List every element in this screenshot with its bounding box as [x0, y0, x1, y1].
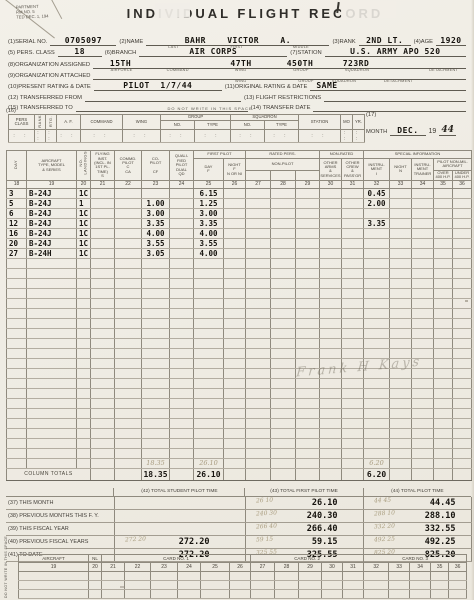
aircraft-col-header: AIRCRAFT TYPE, MODEL & SERIES	[27, 151, 77, 181]
cell-c36	[453, 308, 472, 318]
empty-flight-row	[7, 408, 472, 418]
cell-c24	[170, 308, 194, 318]
cell-c28	[271, 318, 296, 328]
cell-c33	[390, 378, 412, 388]
cell-c25	[194, 338, 224, 348]
af-col: A. F.	[57, 115, 81, 130]
cell-c27	[246, 318, 271, 328]
cell-landings	[77, 458, 91, 468]
cell-c32: 2.00	[364, 198, 390, 208]
card-cell	[389, 572, 410, 581]
card-col-number-21: 21	[102, 563, 125, 572]
cell-c22	[115, 348, 142, 358]
pilot-nonmil-header: PILOT NON-MIL. AIRCRAFT	[434, 159, 472, 171]
cell-c35	[434, 428, 453, 438]
total-c26	[224, 468, 246, 480]
cell-c30	[320, 298, 342, 308]
cell-c36	[453, 378, 472, 388]
cell-landings	[77, 298, 91, 308]
cell-c28	[271, 238, 296, 248]
cell-day: 5	[7, 198, 27, 208]
cell-c34	[412, 458, 434, 468]
cell-c30	[320, 208, 342, 218]
cell-c33	[390, 208, 412, 218]
cell-c35	[434, 368, 453, 378]
card-cell	[299, 590, 322, 599]
col-number-32: 32	[364, 180, 390, 188]
cell-aircraft: B-24J	[27, 208, 77, 218]
cell-aircraft	[27, 258, 77, 268]
cell-c33	[390, 308, 412, 318]
cell-c28	[271, 198, 296, 208]
cell-landings	[77, 348, 91, 358]
pers-class-value: 18	[74, 47, 85, 56]
card-col-number-32: 32	[364, 563, 389, 572]
age-value-line: 1920	[436, 36, 466, 46]
cell-c29	[296, 248, 320, 258]
cell-c35	[434, 248, 453, 258]
card-cell	[251, 590, 275, 599]
card-cell	[343, 572, 364, 581]
cell-c36	[453, 398, 472, 408]
col-number-21: 21	[91, 180, 115, 188]
cell-c26	[224, 248, 246, 258]
cell-c23	[142, 258, 170, 268]
scan-speck	[120, 586, 124, 588]
cell-c26	[224, 418, 246, 428]
cell-c30	[320, 308, 342, 318]
command-pilot-col-header: COMMD. PILOT C CA	[115, 151, 142, 181]
card-cell	[389, 590, 410, 599]
summary-first-cell: 266 40266.40	[245, 523, 363, 536]
cell-c32	[364, 438, 390, 448]
cell-c22	[115, 188, 142, 198]
cell-c28	[271, 358, 296, 368]
cell-c27	[246, 358, 271, 368]
cell-c24	[170, 188, 194, 198]
cell-c32	[364, 418, 390, 428]
cell-c35	[434, 328, 453, 338]
cell-c25: 4.00	[194, 228, 224, 238]
cell-aircraft: B-24J	[27, 198, 77, 208]
cell-c26	[224, 228, 246, 238]
cell-c31	[342, 348, 364, 358]
summary-first-cell: 26 1026.10	[245, 497, 363, 510]
cell-c31	[342, 298, 364, 308]
empty-flight-row	[7, 308, 472, 318]
cell-c36	[453, 388, 472, 398]
cell-c24	[170, 338, 194, 348]
total-c35	[434, 468, 453, 480]
cell-c36	[453, 368, 472, 378]
cell-c35	[434, 338, 453, 348]
cell-day: 20	[7, 238, 27, 248]
cell-c21	[91, 328, 115, 338]
cell-c29	[296, 338, 320, 348]
cell-c21	[91, 388, 115, 398]
org-airforce-line: 15THAIRFORCE	[93, 59, 148, 69]
cell-c36	[453, 188, 472, 198]
cell-aircraft: B-24J	[27, 228, 77, 238]
pencil-note: 44 45	[373, 497, 391, 505]
cell-day: 6	[7, 208, 27, 218]
pencil-note: 240 30	[255, 509, 276, 517]
cell-c25: 4.00	[194, 248, 224, 258]
cell-c22	[115, 328, 142, 338]
monthly-status-table: PERS CLASS RANK RTG. A. F. COMMAND WING …	[8, 114, 365, 143]
card-cell	[275, 581, 299, 590]
cell-c22	[115, 338, 142, 348]
cell-c36	[453, 208, 472, 218]
cell-c34	[412, 298, 434, 308]
card-col-number-22: 22	[125, 563, 151, 572]
cell-c23	[142, 328, 170, 338]
cell-c25	[194, 418, 224, 428]
cell-c24	[170, 368, 194, 378]
card-col-number-36: 36	[449, 563, 467, 572]
cell-c31	[342, 278, 364, 288]
cell-c32	[364, 248, 390, 258]
card-column-number-row: 192021222324252627282930313233343536	[19, 563, 467, 572]
cell-c29	[296, 208, 320, 218]
col-number-20: 20	[77, 180, 91, 188]
cell-c24	[170, 328, 194, 338]
cell-day	[7, 278, 27, 288]
cell-c32	[364, 388, 390, 398]
cell-c35	[434, 348, 453, 358]
cell-c23	[142, 398, 170, 408]
tick-mark: : :	[161, 130, 195, 143]
squadron-type-col: TYPE	[265, 121, 299, 130]
total-c32: 6.20	[364, 468, 390, 480]
cell-c34	[412, 428, 434, 438]
cell-c27	[246, 338, 271, 348]
landings-col-header: NO. LANDINGS	[77, 151, 91, 181]
cell-c28	[271, 208, 296, 218]
cell-c28	[271, 388, 296, 398]
instrument-trainer-col-header: INSTRU- MENT TRAINER	[412, 159, 434, 181]
cell-c23	[142, 428, 170, 438]
card-cell	[178, 581, 201, 590]
year-printed: 19	[429, 129, 437, 136]
cell-c25	[194, 398, 224, 408]
cell-c22	[115, 448, 142, 458]
cell-c25	[194, 268, 224, 278]
special-info-group-header: SPECIAL INFORMATION	[364, 151, 472, 159]
cell-c31	[342, 388, 364, 398]
cell-c34	[412, 408, 434, 418]
cell-c29	[296, 428, 320, 438]
cell-c32	[364, 308, 390, 318]
cell-c31	[342, 458, 364, 468]
card-cell	[151, 590, 178, 599]
cell-c30	[320, 258, 342, 268]
cell-c21	[91, 448, 115, 458]
card-cell	[275, 572, 299, 581]
card-cell	[322, 572, 343, 581]
cell-aircraft: B-24J	[27, 238, 77, 248]
rank-label: (3)RANK	[332, 39, 355, 46]
group-no-col: NO.	[161, 121, 195, 130]
cell-c28	[271, 438, 296, 448]
cell-c26	[224, 378, 246, 388]
cell-c32	[364, 338, 390, 348]
card-col-number-24: 24	[178, 563, 201, 572]
month-value: DEC.	[390, 126, 425, 136]
cell-aircraft: B-24H	[27, 248, 77, 258]
cell-c25	[194, 428, 224, 438]
cell-c25	[194, 328, 224, 338]
tick-mark: : :	[123, 130, 161, 143]
pers-class-label: (5) PERS. CLASS	[8, 50, 55, 57]
cell-c29	[296, 188, 320, 198]
cell-c26	[224, 288, 246, 298]
present-rating-line: PILOT 1/7/44	[94, 81, 222, 91]
cell-c36	[453, 358, 472, 368]
cell-c22	[115, 258, 142, 268]
cell-c35	[434, 408, 453, 418]
cell-c35	[434, 188, 453, 198]
summary-table: (37) THIS MONTH26 1026.1044 4544.45(38) …	[6, 497, 472, 562]
summary-student-cell	[114, 497, 245, 510]
cell-c30	[320, 218, 342, 228]
cell-c21	[91, 348, 115, 358]
cell-c24	[170, 248, 194, 258]
org-group-value: 450TH	[287, 59, 314, 68]
card-cell	[19, 590, 89, 599]
cell-c30	[320, 268, 342, 278]
cell-c21	[91, 378, 115, 388]
cell-c36	[453, 318, 472, 328]
cell-c27	[246, 208, 271, 218]
cell-c29	[296, 328, 320, 338]
cell-c25: 3.00	[194, 208, 224, 218]
cell-c22	[115, 228, 142, 238]
cell-c32: 0.45	[364, 188, 390, 198]
cell-c30	[320, 248, 342, 258]
cell-day: 16	[7, 228, 27, 238]
cell-c27	[246, 298, 271, 308]
cell-c23	[142, 288, 170, 298]
fp-day-col-header: DAY F	[194, 159, 224, 181]
cell-c23	[142, 318, 170, 328]
cell-day	[7, 298, 27, 308]
cell-c34	[412, 248, 434, 258]
card-col-number-27: 27	[251, 563, 275, 572]
do-not-write-vertical-note: DO NOT WRITE IN THIS SPACE	[4, 536, 8, 598]
present-rating-value: PILOT 1/7/44	[123, 81, 192, 90]
col-number-35: 35	[434, 180, 453, 188]
cell-c35	[434, 238, 453, 248]
cell-c33	[390, 318, 412, 328]
card-table: AIRCRAFT NL CARD NO. 1 CARD NO. 2 CARD N…	[18, 554, 467, 599]
cell-c22	[115, 408, 142, 418]
total-c36	[453, 468, 472, 480]
flight-row: 6B-24J1C3.003.00	[7, 208, 472, 218]
cell-c24	[170, 458, 194, 468]
cell-c33	[390, 228, 412, 238]
cell-day	[7, 258, 27, 268]
cell-c26	[224, 238, 246, 248]
cell-c21	[91, 228, 115, 238]
cell-aircraft	[27, 318, 77, 328]
cell-day	[7, 378, 27, 388]
cell-c26	[224, 408, 246, 418]
cell-day	[7, 408, 27, 418]
cell-c22	[115, 238, 142, 248]
cell-c35	[434, 268, 453, 278]
cell-c25	[194, 388, 224, 398]
cell-c31	[342, 308, 364, 318]
cell-c32	[364, 448, 390, 458]
cell-aircraft	[27, 278, 77, 288]
cell-c31	[342, 438, 364, 448]
card-col-number-20: 20	[89, 563, 102, 572]
flight-row: 3B-24J1C6.150.45	[7, 188, 472, 198]
cell-c33	[390, 328, 412, 338]
cell-c33	[390, 248, 412, 258]
cell-day	[7, 368, 27, 378]
cell-c29	[296, 308, 320, 318]
cell-c24	[170, 448, 194, 458]
cell-c35	[434, 318, 453, 328]
cell-c21	[91, 438, 115, 448]
cell-c25: 26.10	[194, 458, 224, 468]
col-number-33: 33	[390, 180, 412, 188]
cell-c30	[320, 338, 342, 348]
org-attached-line: WING GROUP SQUADRON DETACHMENT	[93, 70, 466, 80]
card-cell	[19, 581, 89, 590]
cell-c27	[246, 348, 271, 358]
cell-c30	[320, 188, 342, 198]
summary-row: (39) THIS FISCAL YEAR266 40266.40332 203…	[6, 523, 471, 536]
cell-c34	[412, 208, 434, 218]
card-nl-header: NL	[89, 555, 102, 563]
cell-c31	[342, 258, 364, 268]
org-group-line: 450THGROUP	[272, 59, 328, 69]
cell-c36	[453, 408, 472, 418]
cell-c30	[320, 348, 342, 358]
cell-c36	[453, 238, 472, 248]
cell-c31	[342, 248, 364, 258]
cell-c34	[412, 438, 434, 448]
cell-c26	[224, 268, 246, 278]
cell-c36	[453, 198, 472, 208]
cell-c35	[434, 308, 453, 318]
cell-c36	[453, 228, 472, 238]
cell-c26	[224, 308, 246, 318]
cell-day: 12	[7, 218, 27, 228]
cell-landings	[77, 418, 91, 428]
cell-c30	[320, 278, 342, 288]
cell-c36	[453, 348, 472, 358]
cell-c35	[434, 358, 453, 368]
cell-landings	[77, 448, 91, 458]
cell-c28	[271, 448, 296, 458]
cell-c21	[91, 408, 115, 418]
flight-row: 5B-24J11.001.252.00	[7, 198, 472, 208]
total-c30	[320, 468, 342, 480]
tick-mark: : :	[299, 130, 341, 143]
empty-flight-row	[7, 258, 472, 268]
cell-c23	[142, 408, 170, 418]
cell-aircraft: B-24J	[27, 218, 77, 228]
tick-mark: : :	[353, 130, 365, 143]
card-cell	[410, 572, 431, 581]
column-totals-row: COLUMN TOTALS18.3526.106.20	[7, 468, 472, 480]
summary-label: (37) THIS MONTH	[6, 497, 114, 510]
cell-c21	[91, 338, 115, 348]
total-c28	[271, 468, 296, 480]
cell-c21	[91, 248, 115, 258]
instrument-col-header: INSTRU- MENT I	[364, 159, 390, 181]
over-400hp-col-header: OVER 400 H.P.	[434, 170, 453, 180]
card-cell	[449, 581, 467, 590]
cell-landings: 1C	[77, 248, 91, 258]
do-not-write-note: DO NOT WRITE IN THIS SPACE	[140, 106, 280, 111]
cell-c32	[364, 228, 390, 238]
cell-c29	[296, 458, 320, 468]
cell-c31	[342, 318, 364, 328]
card-col-number-29: 29	[299, 563, 322, 572]
year-handwritten: 44	[439, 125, 456, 136]
cell-c31	[342, 288, 364, 298]
card-empty-row	[19, 572, 467, 581]
pencil-note: 288 10	[373, 509, 394, 517]
month-label: MONTH	[366, 129, 387, 136]
transfer-date-line	[313, 102, 466, 112]
tick-mark: : :	[35, 130, 46, 143]
flight-row: 27B-24H1C3.054.00	[7, 248, 472, 258]
cell-c33	[390, 398, 412, 408]
card-cell	[201, 572, 230, 581]
name-label: (2)NAME	[119, 39, 143, 46]
empty-flight-row	[7, 288, 472, 298]
cell-c31	[342, 418, 364, 428]
cell-c23: 1.00	[142, 198, 170, 208]
flight-restrictions-line	[324, 92, 466, 102]
cell-c30	[320, 448, 342, 458]
pers-class-col: PERS CLASS	[9, 115, 35, 130]
cell-c32	[364, 278, 390, 288]
cell-c29	[296, 278, 320, 288]
cell-c22	[115, 368, 142, 378]
card-cell	[230, 581, 251, 590]
cell-day: 27	[7, 248, 27, 258]
cell-aircraft	[27, 288, 77, 298]
cell-c27	[246, 218, 271, 228]
cell-c23	[142, 448, 170, 458]
summary-total-cell: 332 20332.55	[363, 523, 471, 536]
rank-value: 2ND LT.	[366, 36, 403, 45]
serial-value-line: 0705097	[50, 36, 116, 46]
cell-c27	[246, 238, 271, 248]
card-no1-header: CARD NO. 1	[102, 555, 251, 563]
cell-day	[7, 358, 27, 368]
cell-c28	[271, 458, 296, 468]
cell-day: 3	[7, 188, 27, 198]
cell-c21	[91, 208, 115, 218]
cell-c33	[390, 448, 412, 458]
branch-value: AIR CORPS	[189, 47, 237, 56]
name-value-line: BAHR VICTOR A. LAST FIRST MIDDLE	[146, 36, 329, 46]
cell-c24	[170, 268, 194, 278]
cell-c32	[364, 238, 390, 248]
cell-c34	[412, 378, 434, 388]
cell-c29	[296, 298, 320, 308]
cell-c30	[320, 428, 342, 438]
tick-mark: : :	[195, 130, 231, 143]
